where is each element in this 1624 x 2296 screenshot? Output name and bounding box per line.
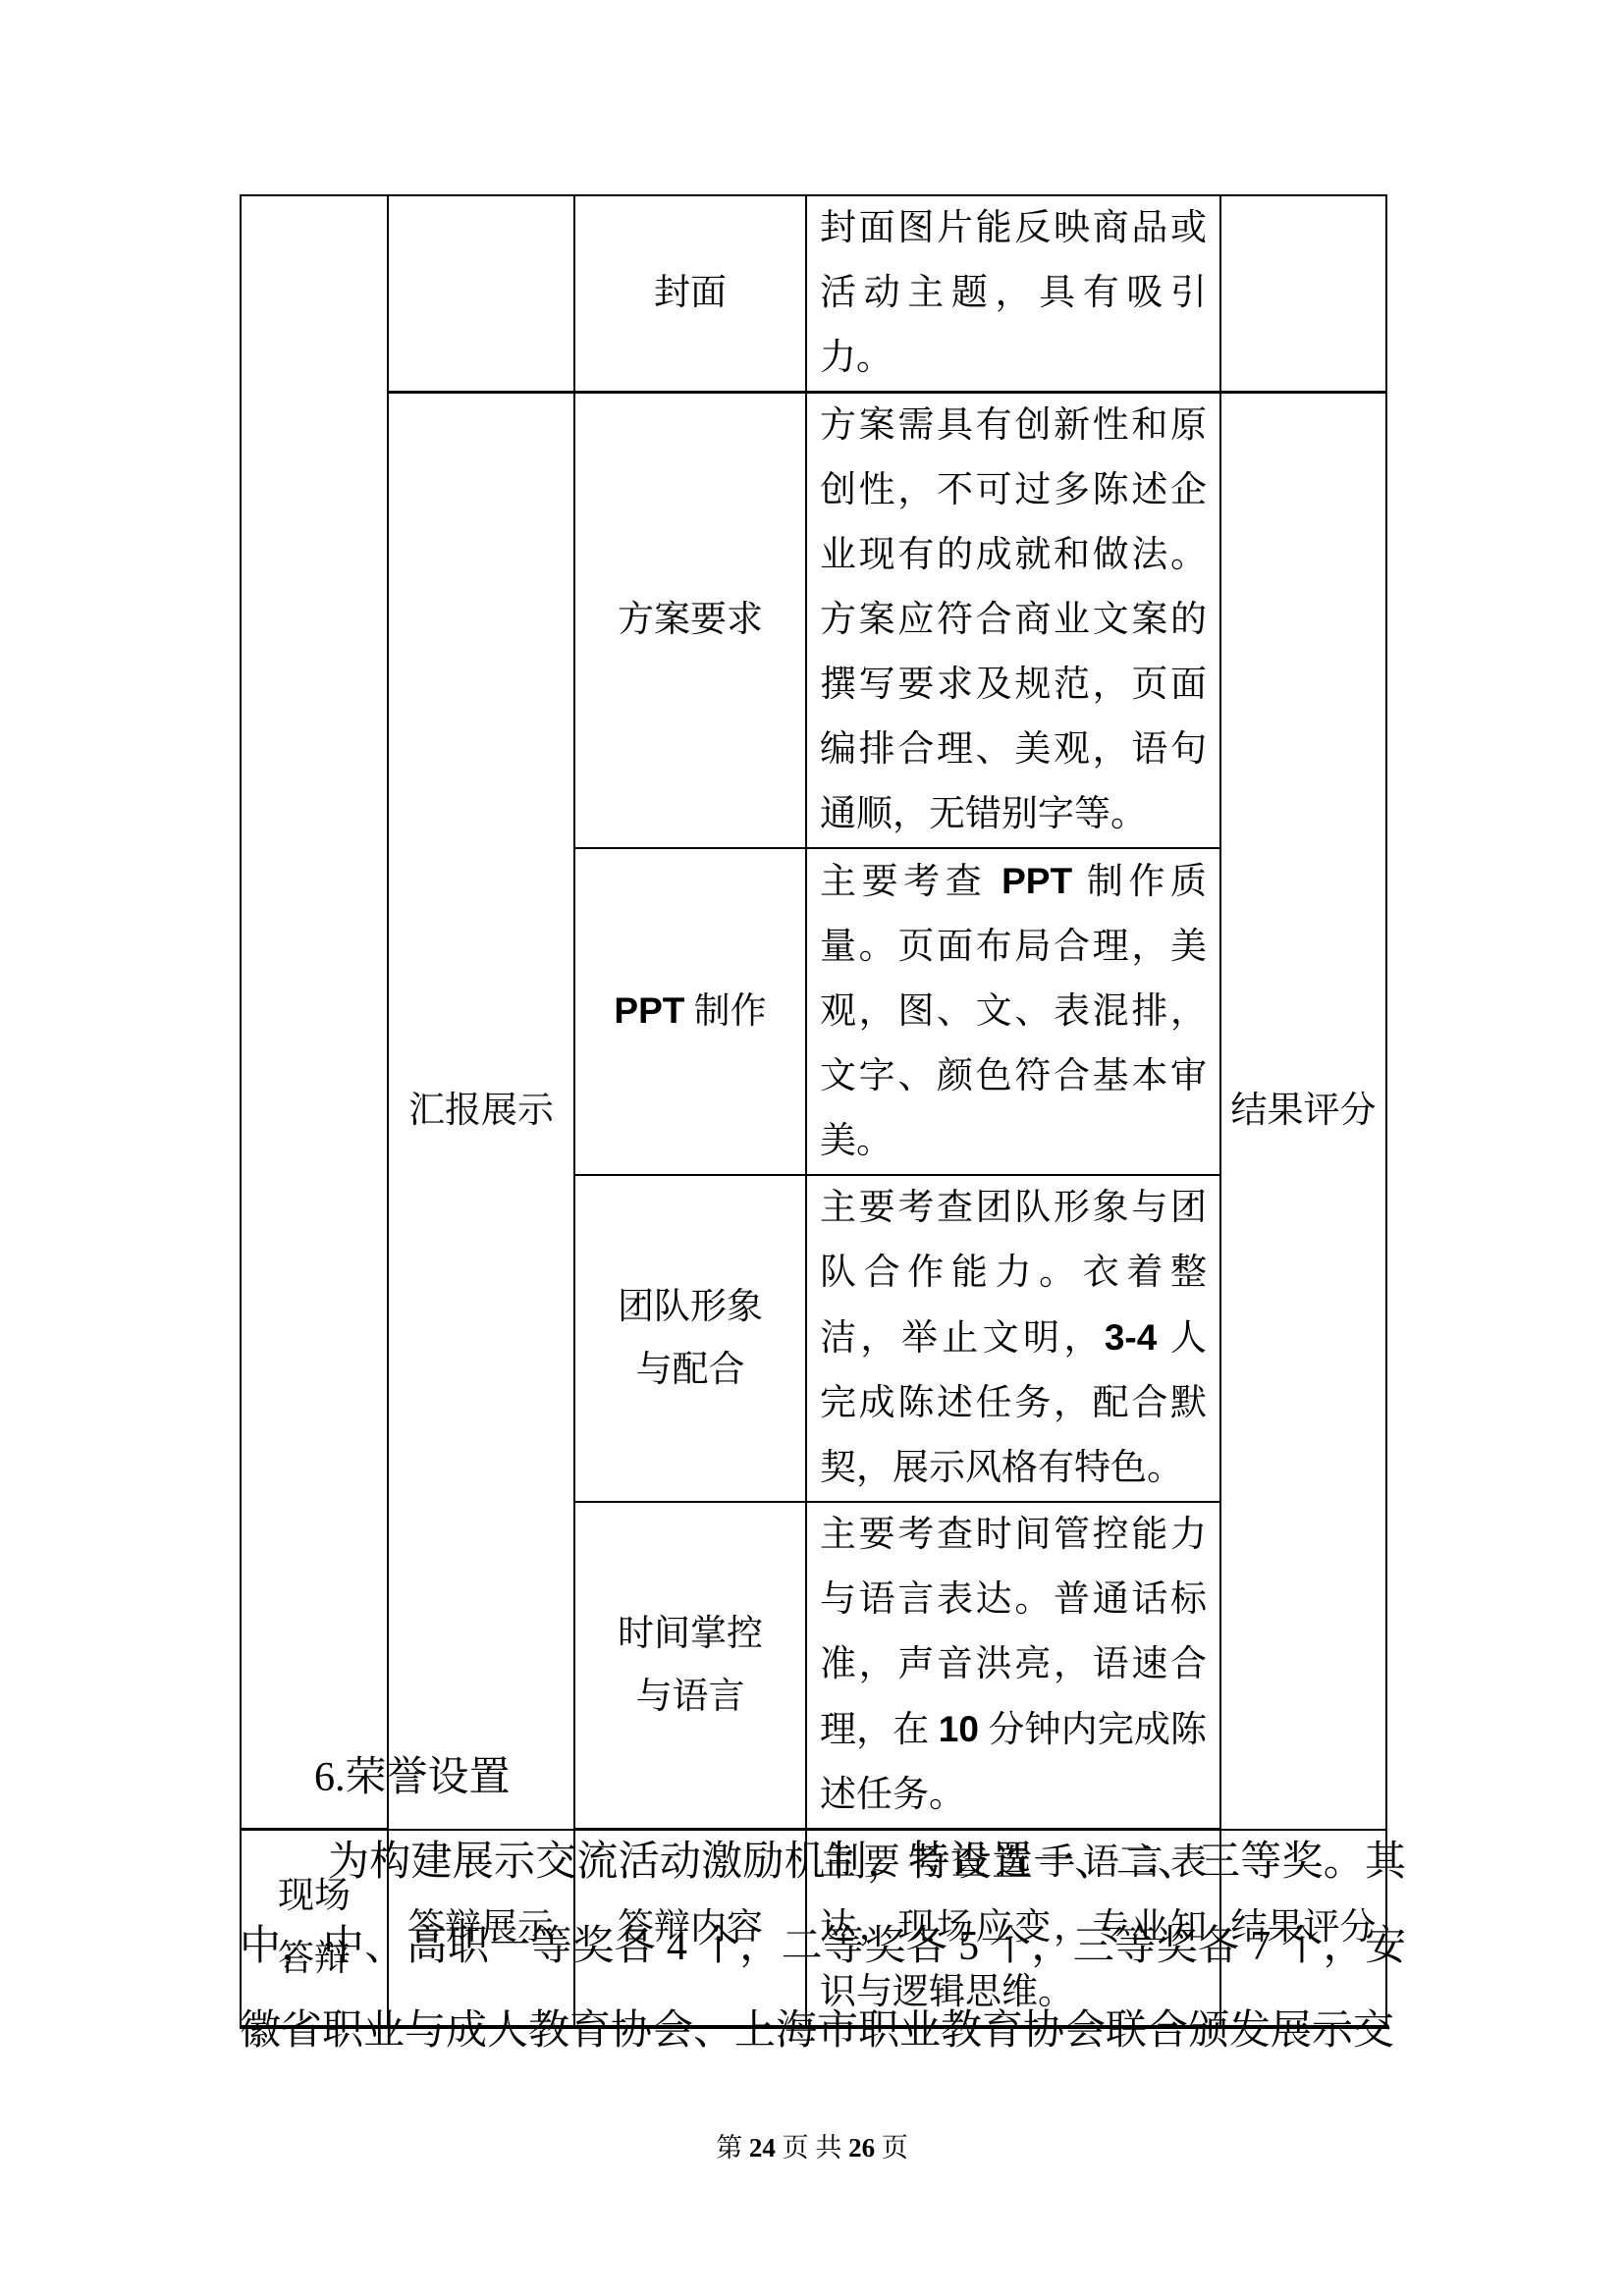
cell-report-score-label: 结果评分 [1220,393,1386,1830]
cell-score-empty [1220,195,1386,393]
body-text-block: 6.荣誉设置 为构建展示交流活动激励机制，特设置一、二、三等奖。其中，中、高职一… [240,1735,1406,2073]
footer-page-number: 24 [749,2133,776,2163]
cell-stage-continued-empty [241,195,388,1830]
footer-text: 第 [716,2133,749,2163]
cell-team-desc: 主要考查团队形象与团队合作能力。衣着整洁，举止文明，3-4 人完成陈述任务，配合… [806,1175,1220,1502]
footer-total-pages: 26 [848,2133,875,2163]
cell-team-label: 团队形象 与配合 [574,1175,806,1502]
cell-ppt-label: PPT 制作 [574,848,806,1175]
cell-plan-label: 方案要求 [574,393,806,849]
cell-cover-desc: 封面图片能反映商品或活动主题，具有吸引力。 [806,195,1220,393]
table-row-cover: 封面 封面图片能反映商品或活动主题，具有吸引力。 [241,195,1386,393]
body-paragraph: 为构建展示交流活动激励机制，特设置一、二、三等奖。其中，中、高职一等奖各 4 个… [240,1820,1406,2073]
document-page: 封面 封面图片能反映商品或活动主题，具有吸引力。 汇报展示 方案要求 方案需具有… [0,0,1624,2296]
cell-cover-label: 封面 [574,195,806,393]
cell-section-empty [388,195,574,393]
cell-report-section-label: 汇报展示 [388,393,574,1830]
footer-text: 页 共 [776,2133,848,2163]
cell-ppt-desc: 主要考查 PPT 制作质量。页面布局合理，美观，图、文、表混排，文字、颜色符合基… [806,848,1220,1175]
footer-text: 页 [875,2133,908,2163]
cell-plan-desc: 方案需具有创新性和原创性，不可过多陈述企业现有的成就和做法。方案应符合商业文案的… [806,393,1220,849]
section-heading: 6.荣誉设置 [240,1735,1406,1820]
table-row-plan: 汇报展示 方案要求 方案需具有创新性和原创性，不可过多陈述企业现有的成就和做法。… [241,393,1386,849]
page-footer: 第 24 页 共 26 页 [0,2128,1624,2167]
